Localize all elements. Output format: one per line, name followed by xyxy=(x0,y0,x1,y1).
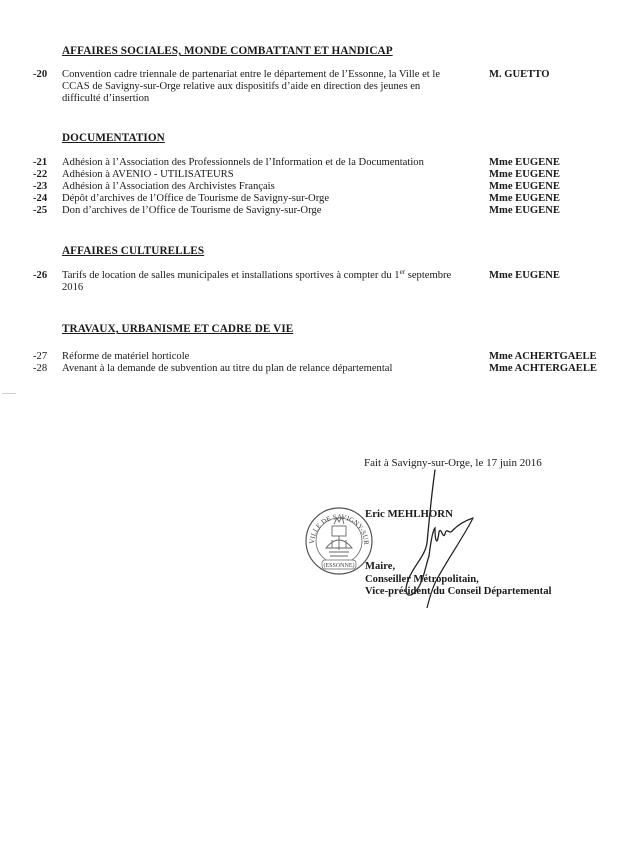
item-number: -21 xyxy=(33,157,47,169)
item-number: -22 xyxy=(33,169,47,181)
item-text-line: CCAS de Savigny-sur-Orge relative aux di… xyxy=(62,81,492,93)
item-text: Don d’archives de l’Office de Tourisme d… xyxy=(62,205,492,217)
item-rapporteur: Mme EUGENE xyxy=(489,169,560,181)
item-text-part: Tarifs de location de salles municipales… xyxy=(62,270,400,281)
item-text: Adhésion à AVENIO - UTILISATEURS xyxy=(62,169,492,181)
section-title: AFFAIRES CULTURELLES xyxy=(62,245,204,257)
item-number: -24 xyxy=(33,193,47,205)
item-text-line: Tarifs de location de salles municipales… xyxy=(62,270,492,282)
item-text: Convention cadre triennale de partenaria… xyxy=(62,69,492,105)
item-text: Adhésion à l’Association des Archivistes… xyxy=(62,181,492,193)
item-text: Adhésion à l’Association des Professionn… xyxy=(62,157,492,169)
item-text: Dépôt d’archives de l’Office de Tourisme… xyxy=(62,193,492,205)
item-rapporteur: Mme EUGENE xyxy=(489,181,560,193)
item-number: -28 xyxy=(33,363,47,375)
town-seal-stamp-icon: VILLE DE SAVIGNY-SUR-ORGE (ESSONNE) xyxy=(304,506,374,576)
item-text: Réforme de matériel horticole xyxy=(62,351,492,363)
item-rapporteur: Mme EUGENE xyxy=(489,205,560,217)
handwritten-signature-icon xyxy=(385,468,480,608)
item-rapporteur: Mme ACHTERGAELE xyxy=(489,363,597,375)
item-rapporteur: Mme ACHERTGAELE xyxy=(489,351,597,363)
document-page: AFFAIRES SOCIALES, MONDE COMBATTANT ET H… xyxy=(0,0,625,852)
item-text-part: septembre xyxy=(405,270,451,281)
item-text-line: Convention cadre triennale de partenaria… xyxy=(62,69,492,81)
section-title: DOCUMENTATION xyxy=(62,132,165,144)
item-number: -20 xyxy=(33,69,47,81)
item-rapporteur: Mme EUGENE xyxy=(489,193,560,205)
item-number: -23 xyxy=(33,181,47,193)
section-title: AFFAIRES SOCIALES, MONDE COMBATTANT ET H… xyxy=(62,45,393,57)
item-rapporteur: M. GUETTO xyxy=(489,69,549,81)
item-number: -25 xyxy=(33,205,47,217)
item-text: Tarifs de location de salles municipales… xyxy=(62,270,492,294)
item-rapporteur: Mme EUGENE xyxy=(489,157,560,169)
item-text: Avenant à la demande de subvention au ti… xyxy=(62,363,492,375)
scan-artifact xyxy=(2,393,16,394)
section-title: TRAVAUX, URBANISME ET CADRE DE VIE xyxy=(62,323,293,335)
item-number: -27 xyxy=(33,351,47,363)
item-text-line: difficulté d’insertion xyxy=(62,93,492,105)
item-number: -26 xyxy=(33,270,47,282)
item-rapporteur: Mme EUGENE xyxy=(489,270,560,282)
seal-text-bottom: (ESSONNE) xyxy=(324,562,355,569)
item-text-line: 2016 xyxy=(62,282,492,294)
